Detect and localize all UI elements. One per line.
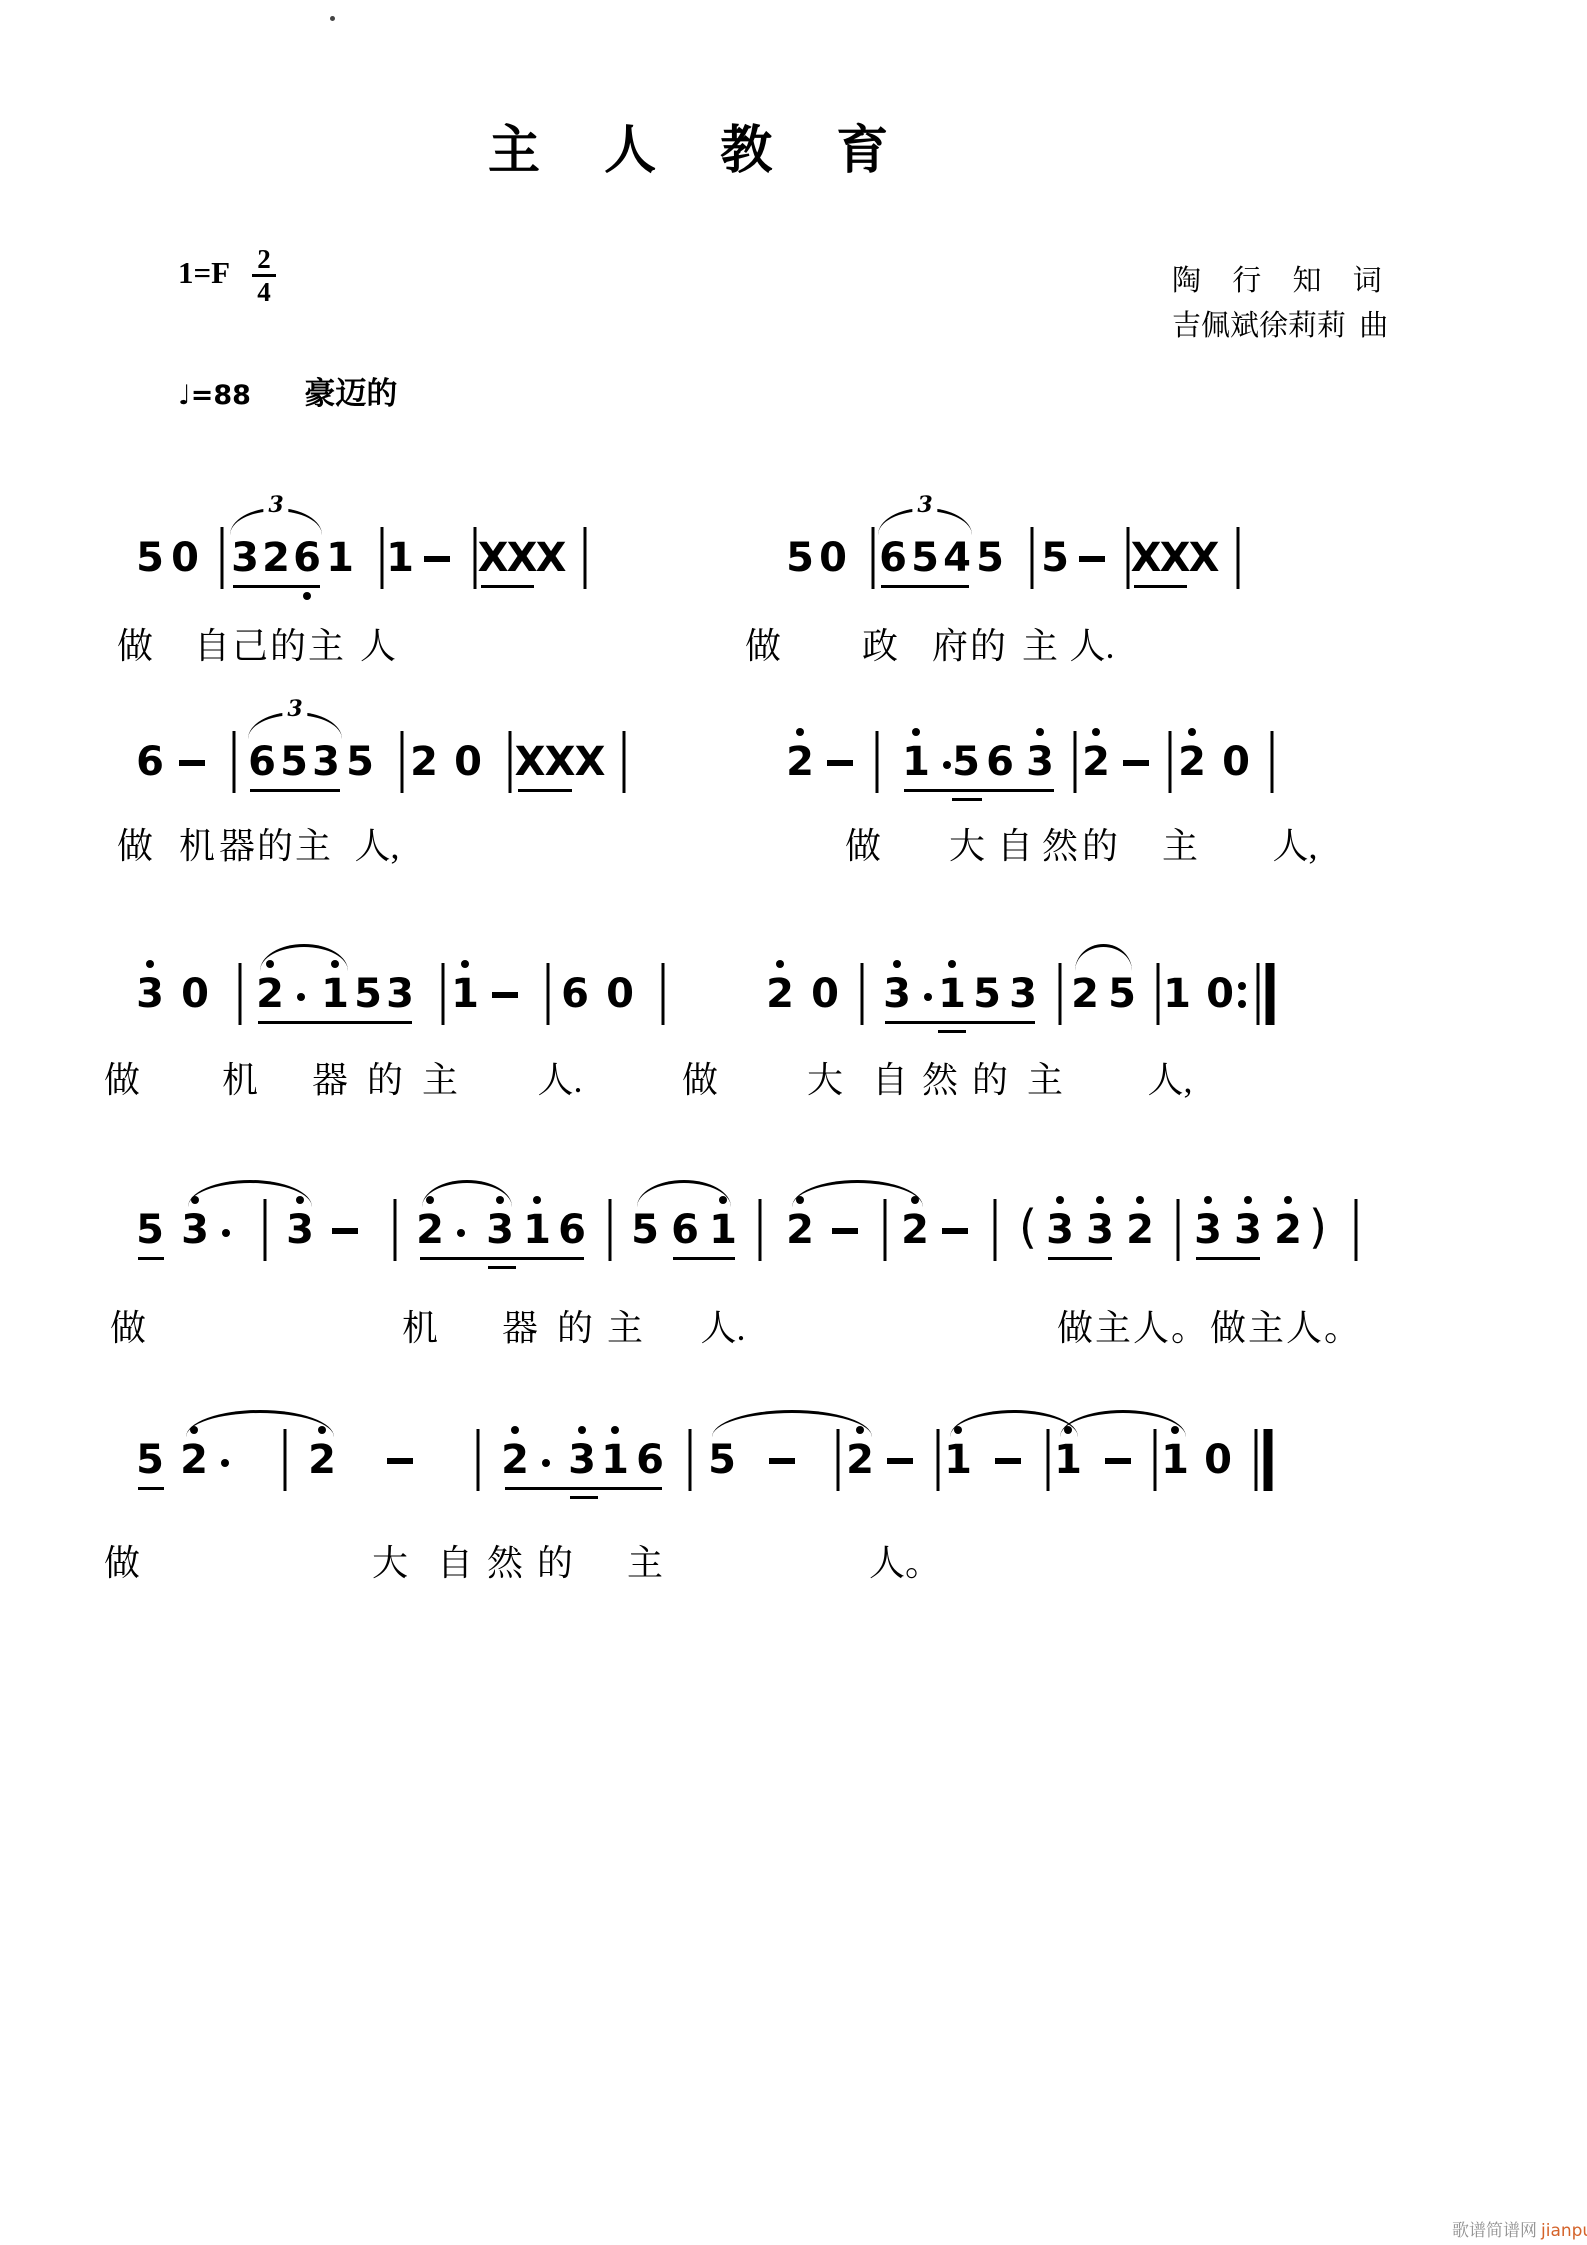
- dash-continuation: [887, 1458, 913, 1464]
- note-digit: 2: [410, 742, 438, 782]
- barline: [689, 1429, 692, 1491]
- octave-dot-high: [1036, 728, 1044, 736]
- dash-continuation: [769, 1458, 795, 1464]
- time-signature: 2 4: [252, 245, 276, 307]
- octave-dot-high: [796, 728, 804, 736]
- composer-credit: 吉佩斌徐莉莉 曲: [1172, 303, 1388, 344]
- triplet-number: 3: [912, 494, 937, 516]
- barline: [509, 731, 512, 793]
- note-digit: X: [515, 742, 546, 782]
- note-digit: X: [1131, 538, 1162, 578]
- octave-dot-high: [611, 1426, 619, 1434]
- lyric-syllable: 人: [1286, 1310, 1322, 1346]
- note-digit: 3: [136, 974, 164, 1014]
- octave-dot-low: [303, 592, 311, 600]
- lyric-syllable: 人,: [1272, 828, 1317, 864]
- song-title: 主 人 教 育: [488, 108, 896, 183]
- barline: [884, 1199, 887, 1261]
- note-digit: 1: [326, 538, 354, 578]
- augmentation-dot: [297, 993, 305, 1001]
- note-digit: 2: [766, 974, 794, 1014]
- lyric-syllable: 的: [367, 1062, 403, 1098]
- key-label: 1=F: [178, 255, 230, 290]
- final-barline-thick: [1264, 1429, 1273, 1491]
- barline: [1074, 731, 1077, 793]
- slur-tie: [186, 1410, 334, 1437]
- lyric-syllable: 人.: [700, 1310, 745, 1346]
- note-digit: 0: [171, 538, 199, 578]
- slur-tie: [422, 1180, 512, 1207]
- note-digit: 0: [811, 974, 839, 1014]
- note-digit: 6: [671, 1210, 699, 1250]
- beam-underline: [138, 1257, 164, 1260]
- dash-continuation: [1105, 1458, 1131, 1464]
- note-digit: 5: [631, 1210, 659, 1250]
- lyric-syllable: 然: [922, 1062, 958, 1098]
- beam-underline: [420, 1257, 584, 1260]
- lyric-syllable: 人。: [869, 1545, 941, 1581]
- lyric-syllable: 机: [179, 828, 215, 864]
- note-digit: 1: [1054, 1440, 1082, 1480]
- barline: [1157, 963, 1160, 1025]
- barline: [837, 1429, 840, 1491]
- note-digit: 1: [1163, 974, 1191, 1014]
- note-digit: X: [507, 538, 538, 578]
- lyric-syllable: 主: [627, 1545, 663, 1581]
- lyric-syllable: 做: [117, 628, 153, 664]
- augmentation-dot: [542, 1459, 550, 1467]
- slur-tie: [792, 1180, 923, 1207]
- note-digit: 2: [262, 538, 290, 578]
- barline: [233, 731, 236, 793]
- barline: [401, 731, 404, 793]
- note-digit: 5: [708, 1440, 736, 1480]
- note-digit: 5: [1108, 974, 1136, 1014]
- barline: [1169, 731, 1172, 793]
- lyric-syllable: 的: [270, 628, 306, 664]
- watermark: 歌谱简谱网jianpu.cn: [1452, 2216, 1587, 2241]
- note-digit: 5: [354, 974, 382, 1014]
- lyric-syllable: 自: [997, 828, 1033, 864]
- dash-continuation: [832, 1228, 858, 1234]
- lyric-syllable: 自: [437, 1545, 473, 1581]
- lyric-syllable: 的: [1082, 828, 1118, 864]
- beam-underline: [518, 789, 572, 792]
- note-digit: 2: [416, 1210, 444, 1250]
- note-digit: X: [545, 742, 576, 782]
- repeat-barline-thick: [1266, 963, 1275, 1025]
- lyric-syllable: 主: [308, 628, 344, 664]
- note-digit: 2: [901, 1210, 929, 1250]
- barline: [221, 527, 224, 589]
- note-digit: 1: [601, 1440, 629, 1480]
- note-digit: 0: [454, 742, 482, 782]
- note-digit: 6: [561, 974, 589, 1014]
- time-signature-denominator: 4: [257, 278, 271, 306]
- beam-underline: [250, 789, 340, 792]
- note-digit: X: [575, 742, 606, 782]
- beam-underline: [904, 789, 1054, 792]
- lyric-syllable: 主: [1095, 1310, 1131, 1346]
- note-digit: 2: [308, 1440, 336, 1480]
- note-digit: 0: [181, 974, 209, 1014]
- note-digit: 3: [312, 742, 340, 782]
- lyric-syllable: 人: [360, 628, 396, 664]
- triplet-number: 3: [282, 698, 307, 720]
- note-digit: 5: [952, 742, 980, 782]
- note-digit: 3: [486, 1210, 514, 1250]
- note-digit: X: [536, 538, 567, 578]
- lyric-syllable: 器: [312, 1062, 348, 1098]
- barline: [623, 731, 626, 793]
- lyric-syllable: 做: [1057, 1310, 1093, 1346]
- lyric-syllable: 人.: [1069, 628, 1114, 664]
- parenthesis: ): [1309, 1204, 1327, 1250]
- octave-dot-high: [1244, 1196, 1252, 1204]
- barline: [1355, 1199, 1358, 1261]
- augmentation-dot: [943, 761, 951, 769]
- lyric-syllable: 主: [1027, 1062, 1063, 1098]
- octave-dot-high: [533, 1196, 541, 1204]
- lyric-syllable: 人,: [354, 828, 399, 864]
- sheet-music-page: 主 人 教 育 1=F 2 4 陶 行 知 词 吉佩斌徐莉莉 曲 ♩=88 豪迈…: [0, 0, 1587, 2245]
- barline: [474, 527, 477, 589]
- lyric-syllable: 主: [607, 1310, 643, 1346]
- note-digit: 3: [1234, 1210, 1262, 1250]
- key-signature: 1=F 2 4: [178, 255, 230, 291]
- lyric-syllable: 的: [537, 1545, 573, 1581]
- note-digit: 2: [1082, 742, 1110, 782]
- beam-underline: [481, 585, 534, 588]
- dash-continuation: [387, 1458, 413, 1464]
- lyric-syllable: 。: [1324, 1310, 1360, 1346]
- note-digit: 5: [136, 538, 164, 578]
- watermark-site-name: 歌谱简谱网: [1452, 2221, 1537, 2241]
- lyric-syllable: 自: [194, 628, 230, 664]
- note-digit: 3: [883, 974, 911, 1014]
- beam-underline: [1048, 1257, 1112, 1260]
- note-digit: 2: [1178, 742, 1206, 782]
- barline: [872, 527, 875, 589]
- lyric-syllable: 然: [1042, 828, 1078, 864]
- octave-dot-high: [1096, 1196, 1104, 1204]
- note-digit: 1: [1161, 1440, 1189, 1480]
- barline: [477, 1429, 480, 1491]
- note-digit: 5: [976, 538, 1004, 578]
- barline: [239, 963, 242, 1025]
- lyric-syllable: 。: [1171, 1310, 1207, 1346]
- slur-tie: [637, 1180, 731, 1207]
- lyric-syllable: 的: [970, 628, 1006, 664]
- note-digit: 2: [786, 742, 814, 782]
- beam-underline: [952, 798, 982, 801]
- barline: [264, 1199, 267, 1261]
- tempo-value: =88: [191, 380, 251, 411]
- note-digit: 6: [636, 1440, 664, 1480]
- note-digit: 2: [846, 1440, 874, 1480]
- note-digit: 1: [321, 974, 349, 1014]
- barline: [1177, 1199, 1180, 1261]
- lyric-syllable: 大: [372, 1545, 408, 1581]
- augmentation-dot: [222, 1229, 230, 1237]
- augmentation-dot: [457, 1229, 465, 1237]
- lyric-syllable: 大: [807, 1062, 843, 1098]
- barline: [609, 1199, 612, 1261]
- lyric-syllable: 主: [295, 828, 331, 864]
- note-digit: 5: [911, 538, 939, 578]
- octave-dot-high: [948, 960, 956, 968]
- barline: [394, 1199, 397, 1261]
- beam-underline: [673, 1257, 735, 1260]
- lyric-syllable: 主: [422, 1062, 458, 1098]
- triplet-number: 3: [263, 494, 288, 516]
- time-signature-numerator: 2: [257, 245, 271, 273]
- note-digit: 5: [346, 742, 374, 782]
- note-digit: X: [1160, 538, 1191, 578]
- octave-dot-high: [461, 960, 469, 968]
- lyric-syllable: 器: [502, 1310, 538, 1346]
- octave-dot-high: [511, 1426, 519, 1434]
- repeat-barline-thin: [1257, 963, 1260, 1025]
- dash-continuation: [827, 760, 853, 766]
- slur-tie: [1075, 944, 1132, 971]
- lyric-syllable: 机: [402, 1310, 438, 1346]
- note-digit: 1: [944, 1440, 972, 1480]
- note-digit: 1: [386, 538, 414, 578]
- barline: [759, 1199, 762, 1261]
- note-digit: 3: [1086, 1210, 1114, 1250]
- lyric-syllable: 人,: [1147, 1062, 1192, 1098]
- octave-dot-high: [776, 960, 784, 968]
- lyric-syllable: 的: [972, 1062, 1008, 1098]
- lyric-syllable: 政: [862, 628, 898, 664]
- dash-continuation: [1079, 556, 1105, 562]
- lyric-syllable: 的: [257, 828, 293, 864]
- barline: [1127, 527, 1130, 589]
- note-digit: 2: [1071, 974, 1099, 1014]
- note-digit: 6: [136, 742, 164, 782]
- dash-continuation: [424, 556, 450, 562]
- note-digit: 5: [1041, 538, 1069, 578]
- dash-continuation: [995, 1458, 1021, 1464]
- slur-tie: [188, 1180, 312, 1207]
- note-digit: 6: [558, 1210, 586, 1250]
- lyric-syllable: 主: [1162, 828, 1198, 864]
- note-digit: 5: [136, 1440, 164, 1480]
- lyricist-credit: 陶 行 知 词: [1172, 258, 1388, 299]
- dash-continuation: [942, 1228, 968, 1234]
- barline: [1031, 527, 1034, 589]
- note-digit: 6: [879, 538, 907, 578]
- barline: [662, 963, 665, 1025]
- barline: [876, 731, 879, 793]
- lyric-syllable: 做: [1210, 1310, 1246, 1346]
- slur-tie: [1060, 1410, 1186, 1437]
- dash-continuation: [492, 992, 518, 998]
- note-digit: 2: [1126, 1210, 1154, 1250]
- note-digit: 1: [451, 974, 479, 1014]
- quarter-note-icon: ♩: [178, 380, 191, 411]
- beam-underline: [570, 1496, 598, 1499]
- note-digit: 0: [1222, 742, 1250, 782]
- octave-dot-high: [1136, 1196, 1144, 1204]
- note-digit: 5: [136, 1210, 164, 1250]
- beam-underline: [488, 1266, 516, 1269]
- watermark-url: jianpu.cn: [1541, 2221, 1587, 2241]
- note-digit: 3: [1009, 974, 1037, 1014]
- barline: [381, 527, 384, 589]
- slur-tie: [260, 944, 348, 971]
- dash-continuation: [1123, 760, 1149, 766]
- note-digit: 6: [986, 742, 1014, 782]
- note-digit: 3: [1046, 1210, 1074, 1250]
- lyric-syllable: 自: [872, 1062, 908, 1098]
- note-digit: 2: [256, 974, 284, 1014]
- note-digit: 3: [1026, 742, 1054, 782]
- octave-dot-high: [1284, 1196, 1292, 1204]
- beam-underline: [885, 1021, 1035, 1024]
- repeat-dot: [1238, 1000, 1246, 1008]
- beam-underline: [1196, 1257, 1260, 1260]
- lyric-syllable: 人.: [537, 1062, 582, 1098]
- barline: [442, 963, 445, 1025]
- credits: 陶 行 知 词 吉佩斌徐莉莉 曲: [1172, 258, 1388, 344]
- note-digit: 1: [523, 1210, 551, 1250]
- beam-underline: [881, 585, 969, 588]
- note-digit: X: [1189, 538, 1220, 578]
- note-digit: 0: [819, 538, 847, 578]
- lyric-syllable: 己: [232, 628, 268, 664]
- note-digit: 4: [943, 538, 971, 578]
- tempo-marking: ♩=88 豪迈的: [178, 368, 397, 413]
- note-digit: 5: [280, 742, 308, 782]
- lyric-syllable: 大: [949, 828, 985, 864]
- barline: [547, 963, 550, 1025]
- note-digit: 3: [386, 974, 414, 1014]
- stray-dot: [330, 16, 335, 21]
- lyric-syllable: 做: [745, 628, 781, 664]
- octave-dot-high: [146, 960, 154, 968]
- note-digit: 1: [709, 1210, 737, 1250]
- barline: [1237, 527, 1240, 589]
- expression-marking: 豪迈的: [304, 376, 397, 412]
- barline: [937, 1429, 940, 1491]
- lyric-syllable: 做: [104, 1062, 140, 1098]
- lyric-syllable: 主: [1248, 1310, 1284, 1346]
- augmentation-dot: [924, 993, 932, 1001]
- barline: [1271, 731, 1274, 793]
- note-digit: 1: [902, 742, 930, 782]
- octave-dot-high: [1204, 1196, 1212, 1204]
- parenthesis: (: [1019, 1204, 1037, 1250]
- note-digit: 0: [1204, 1440, 1232, 1480]
- note-digit: 3: [286, 1210, 314, 1250]
- note-digit: 6: [293, 538, 321, 578]
- beam-underline: [1134, 585, 1187, 588]
- lyric-syllable: 做: [104, 1545, 140, 1581]
- note-digit: X: [478, 538, 509, 578]
- slur-tie: [950, 1410, 1078, 1437]
- note-digit: 3: [231, 538, 259, 578]
- note-digit: 2: [1274, 1210, 1302, 1250]
- barline: [861, 963, 864, 1025]
- slur-tie: [712, 1410, 872, 1437]
- octave-dot-high: [893, 960, 901, 968]
- note-digit: 2: [786, 1210, 814, 1250]
- barline: [1059, 963, 1062, 1025]
- note-digit: 5: [786, 538, 814, 578]
- lyric-syllable: 府: [932, 628, 968, 664]
- lyric-syllable: 做: [682, 1062, 718, 1098]
- lyric-syllable: 主: [1022, 628, 1058, 664]
- dash-continuation: [179, 760, 205, 766]
- note-digit: 0: [1206, 974, 1234, 1014]
- note-digit: 5: [973, 974, 1001, 1014]
- lyric-syllable: 机: [222, 1062, 258, 1098]
- beam-underline: [233, 585, 320, 588]
- lyric-syllable: 做: [845, 828, 881, 864]
- octave-dot-high: [912, 728, 920, 736]
- lyric-syllable: 做: [110, 1310, 146, 1346]
- barline: [1154, 1429, 1157, 1491]
- lyric-syllable: 然: [487, 1545, 523, 1581]
- note-digit: 3: [568, 1440, 596, 1480]
- barline: [284, 1429, 287, 1491]
- note-digit: 3: [1194, 1210, 1222, 1250]
- octave-dot-high: [578, 1426, 586, 1434]
- note-digit: 1: [938, 974, 966, 1014]
- lyric-syllable: 器: [219, 828, 255, 864]
- beam-underline: [938, 1030, 966, 1033]
- octave-dot-high: [1056, 1196, 1064, 1204]
- note-digit: 6: [248, 742, 276, 782]
- note-digit: 3: [181, 1210, 209, 1250]
- note-digit: 2: [180, 1440, 208, 1480]
- beam-underline: [138, 1487, 164, 1490]
- lyric-syllable: 人: [1133, 1310, 1169, 1346]
- repeat-dot: [1238, 982, 1246, 990]
- barline: [584, 527, 587, 589]
- lyric-syllable: 的: [557, 1310, 593, 1346]
- note-digit: 2: [501, 1440, 529, 1480]
- barline: [1047, 1429, 1050, 1491]
- augmentation-dot: [221, 1459, 229, 1467]
- octave-dot-high: [1092, 728, 1100, 736]
- note-digit: 0: [606, 974, 634, 1014]
- dash-continuation: [332, 1228, 358, 1234]
- beam-underline: [505, 1487, 662, 1490]
- lyric-syllable: 做: [117, 828, 153, 864]
- octave-dot-high: [1188, 728, 1196, 736]
- beam-underline: [258, 1021, 412, 1024]
- barline: [994, 1199, 997, 1261]
- final-barline-thin: [1255, 1429, 1258, 1491]
